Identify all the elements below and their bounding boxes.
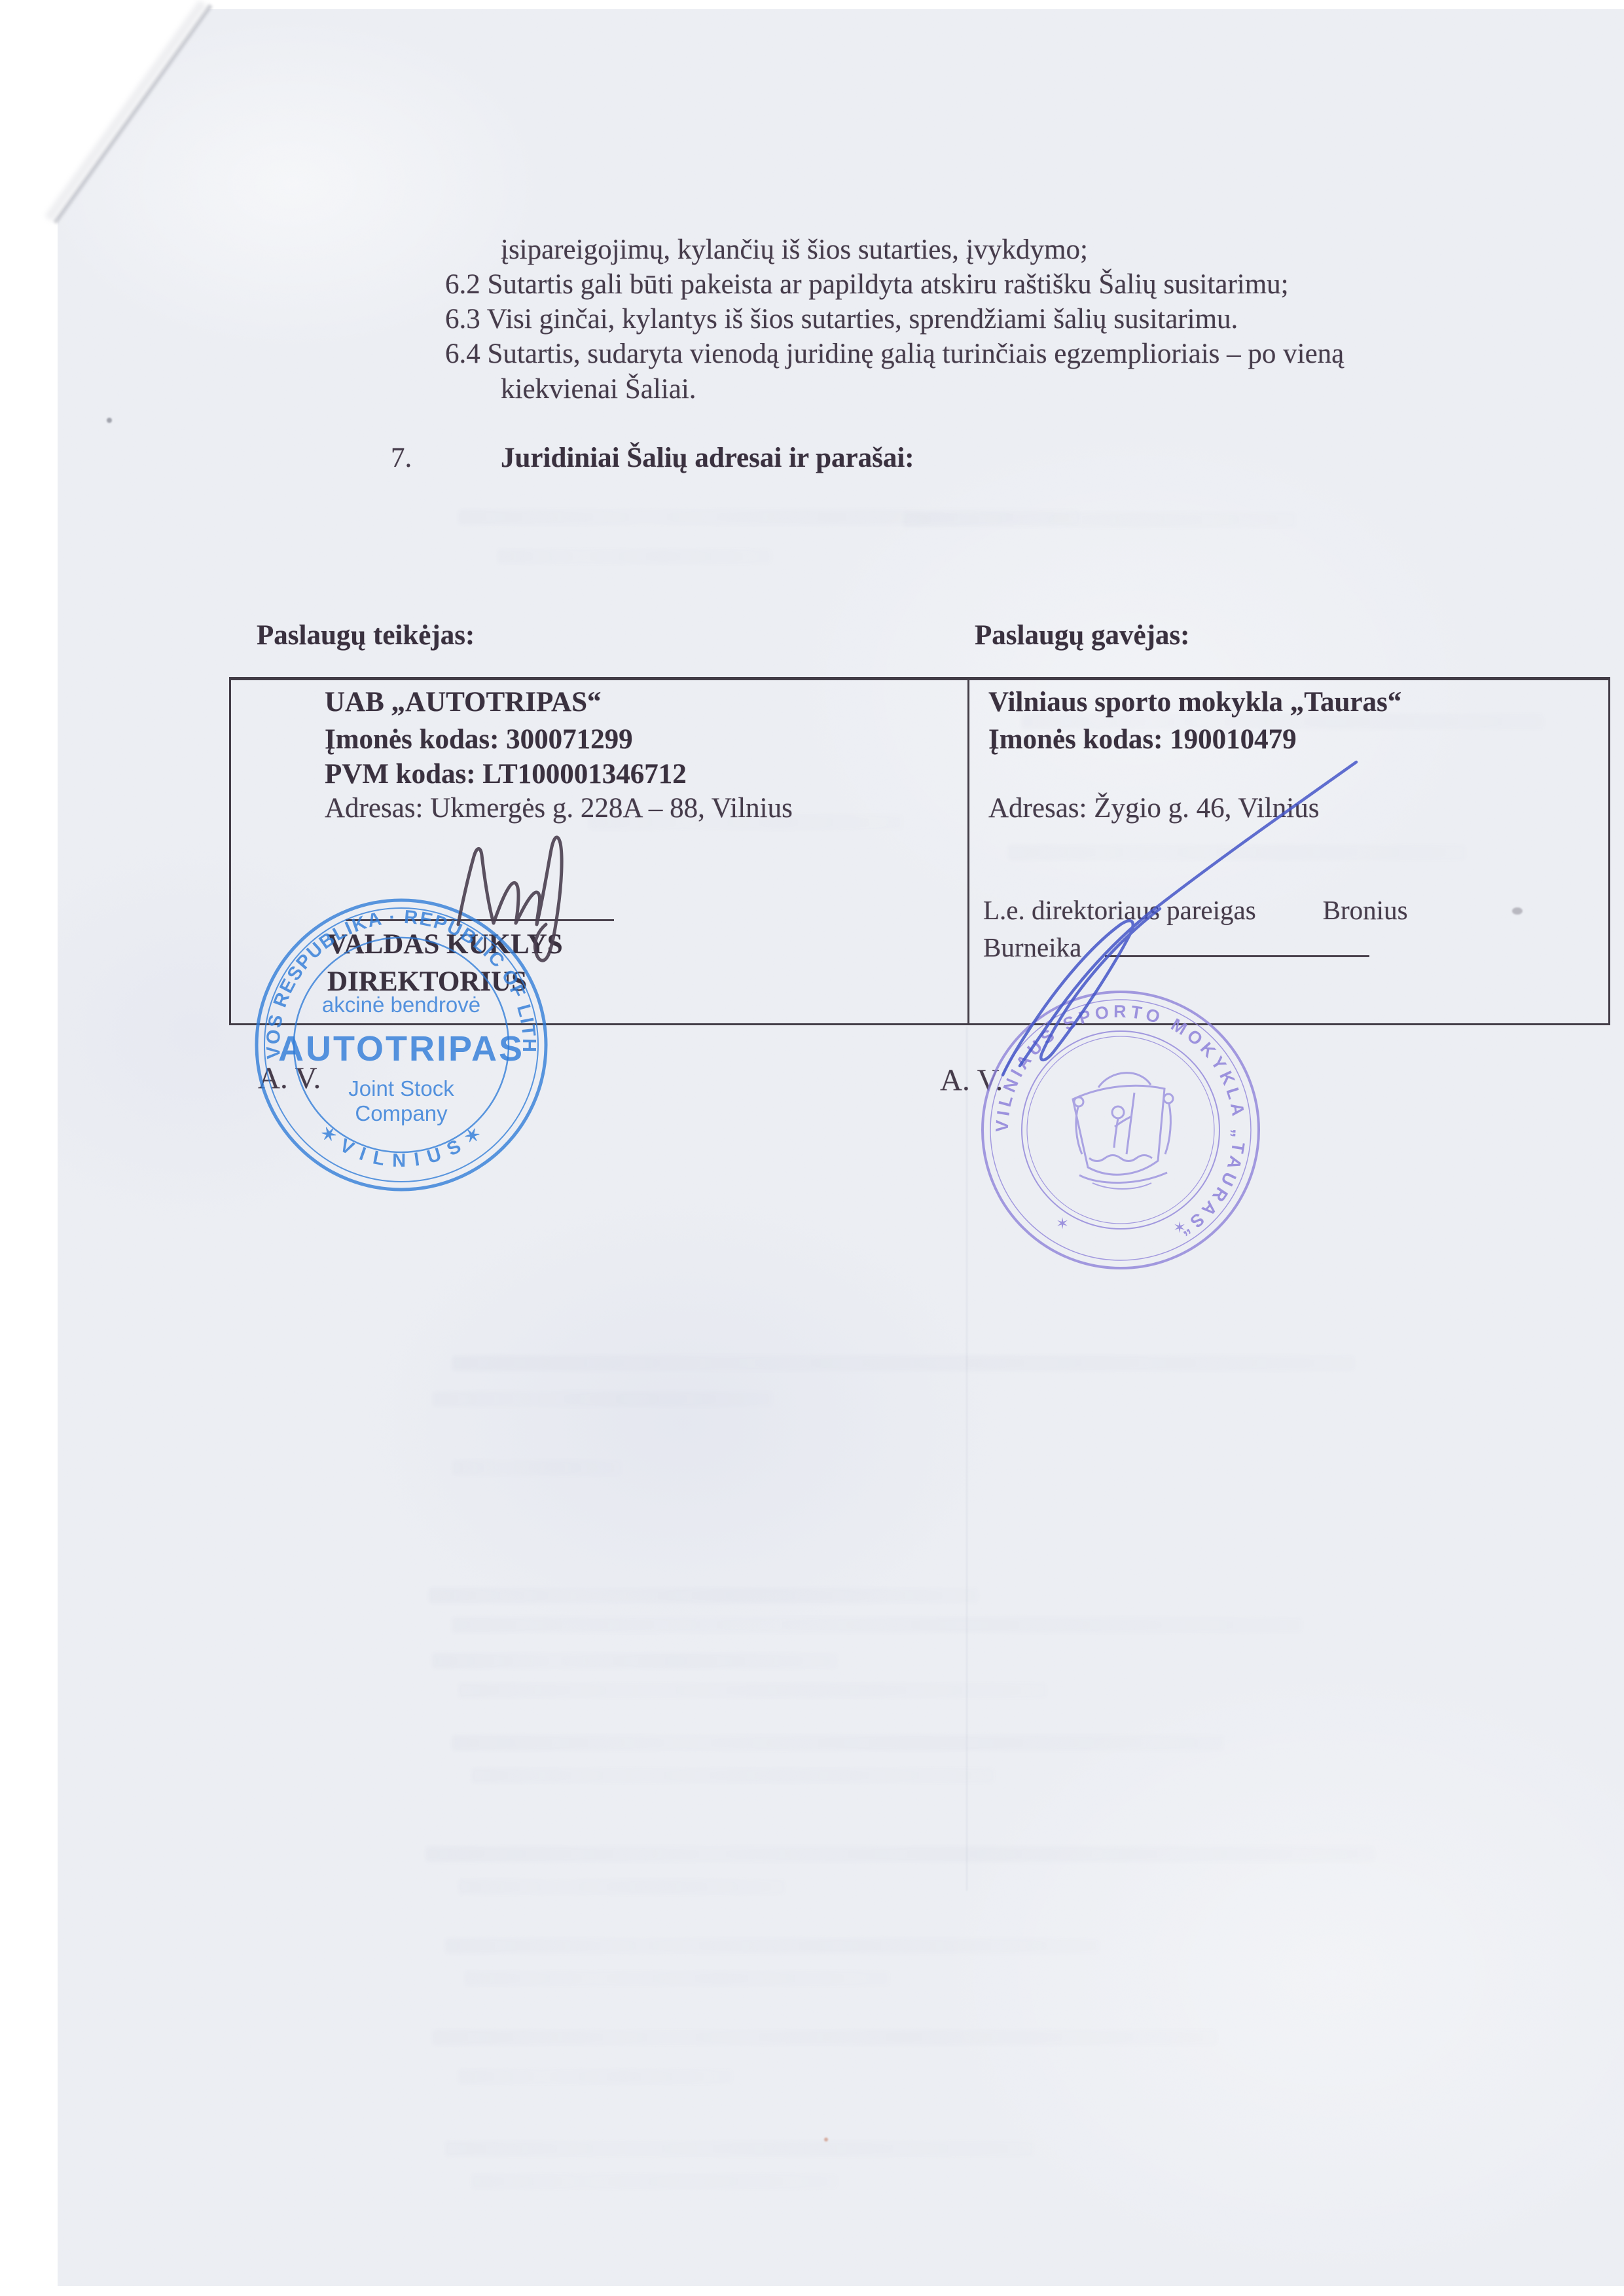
provider-vat-code: PVM kodas: LT100001346712 [325, 758, 687, 790]
provider-stamp-ring-text-bottom: ✶ V I L N I U S ✶ [316, 1121, 487, 1171]
ink-speck [824, 2138, 828, 2141]
bleed-through-artifact [497, 549, 772, 564]
receiver-stamp-star-right: ✶ [1173, 1219, 1186, 1237]
bleed-through-artifact [471, 2174, 838, 2189]
bleed-through-artifact [445, 2141, 1034, 2157]
bleed-through-artifact [445, 1938, 1100, 1954]
paper-crease [966, 1027, 967, 1891]
provider-company-name: UAB „AUTOTRIPAS“ [325, 686, 602, 718]
clause-6-2: 6.2 Sutartis gali būti pakeista ar papil… [445, 268, 1289, 301]
receiver-signatory-last-name: Burneika [983, 932, 1081, 963]
receiver-stamp: VILNIAUS SPORTO MOKYKLA „TAURAS“ ✶ ✶ [980, 989, 1261, 1271]
clause-6-1-continuation: įsipareigojimų, kylančių iš šios sutarti… [501, 234, 1088, 266]
provider-stamp: LIETUVOS RESPUBLIKA · REPUBLIC OF LITHUA… [252, 896, 550, 1194]
provider-company-code: Įmonės kodas: 300071299 [325, 723, 633, 756]
receiver-label: Paslaugų gavėjas: [975, 619, 1189, 651]
clause-6-3: 6.3 Visi ginčai, kylantys iš šios sutart… [445, 303, 1238, 335]
receiver-signatory-first-name: Bronius [1323, 895, 1408, 925]
section-7-number: 7. [391, 442, 412, 474]
clause-6-4: 6.4 Sutartis, sudaryta vienodą juridinę … [445, 338, 1344, 370]
receiver-company-code: Įmonės kodas: 190010479 [988, 723, 1297, 756]
provider-stamp-line3: Joint Stock [348, 1076, 454, 1101]
receiver-signatory-role: L.e. direktoriaus pareigas [983, 895, 1256, 925]
bleed-through-artifact [452, 1735, 1224, 1751]
bleed-through-artifact [452, 1460, 622, 1476]
receiver-address: Adresas: Žygio g. 46, Vilnius [988, 792, 1319, 824]
bleed-through-artifact [429, 1588, 979, 1603]
ink-speck [107, 418, 112, 423]
clause-6-4-continuation: kiekvienai Šaliai. [501, 373, 696, 405]
bleed-through-artifact [471, 1768, 995, 1783]
bleed-through-artifact [452, 1355, 1355, 1371]
provider-address: Adresas: Ukmergės g. 228A – 88, Vilnius [325, 792, 793, 824]
svg-text:✶ V I L N I U S ✶: ✶ V I L N I U S ✶ [316, 1121, 487, 1171]
provider-stamp-company-name: AUTOTRIPAS [278, 1029, 524, 1068]
bleed-through-artifact [903, 512, 1296, 528]
coat-of-arms [1073, 1073, 1173, 1189]
bleed-through-artifact [432, 1653, 838, 1669]
bleed-through-artifact [465, 1971, 890, 1986]
bleed-through-artifact [425, 1846, 1375, 1862]
bleed-through-artifact [432, 1391, 772, 1407]
bleed-through-artifact [432, 2030, 1218, 2045]
receiver-stamp-star-left: ✶ [1056, 1215, 1069, 1233]
table-column-divider [967, 680, 969, 1023]
receiver-company-name: Vilniaus sporto mokykla „Tauras“ [988, 686, 1401, 718]
provider-stamp-line4: Company [355, 1101, 448, 1125]
receiver-signature-line [1105, 955, 1369, 957]
bleed-through-artifact [452, 1617, 1303, 1633]
provider-stamp-line1: akcinė bendrovė [322, 993, 480, 1017]
bleed-through-artifact [458, 2069, 733, 2085]
section-7-title: Juridiniai Šalių adresai ir parašai: [501, 442, 914, 474]
bleed-through-artifact [458, 1879, 785, 1895]
bleed-through-artifact [458, 1683, 1047, 1698]
provider-label: Paslaugų teikėjas: [257, 619, 475, 651]
receiver-signatory-role-line: L.e. direktoriaus pareigasBronius [983, 894, 1408, 926]
